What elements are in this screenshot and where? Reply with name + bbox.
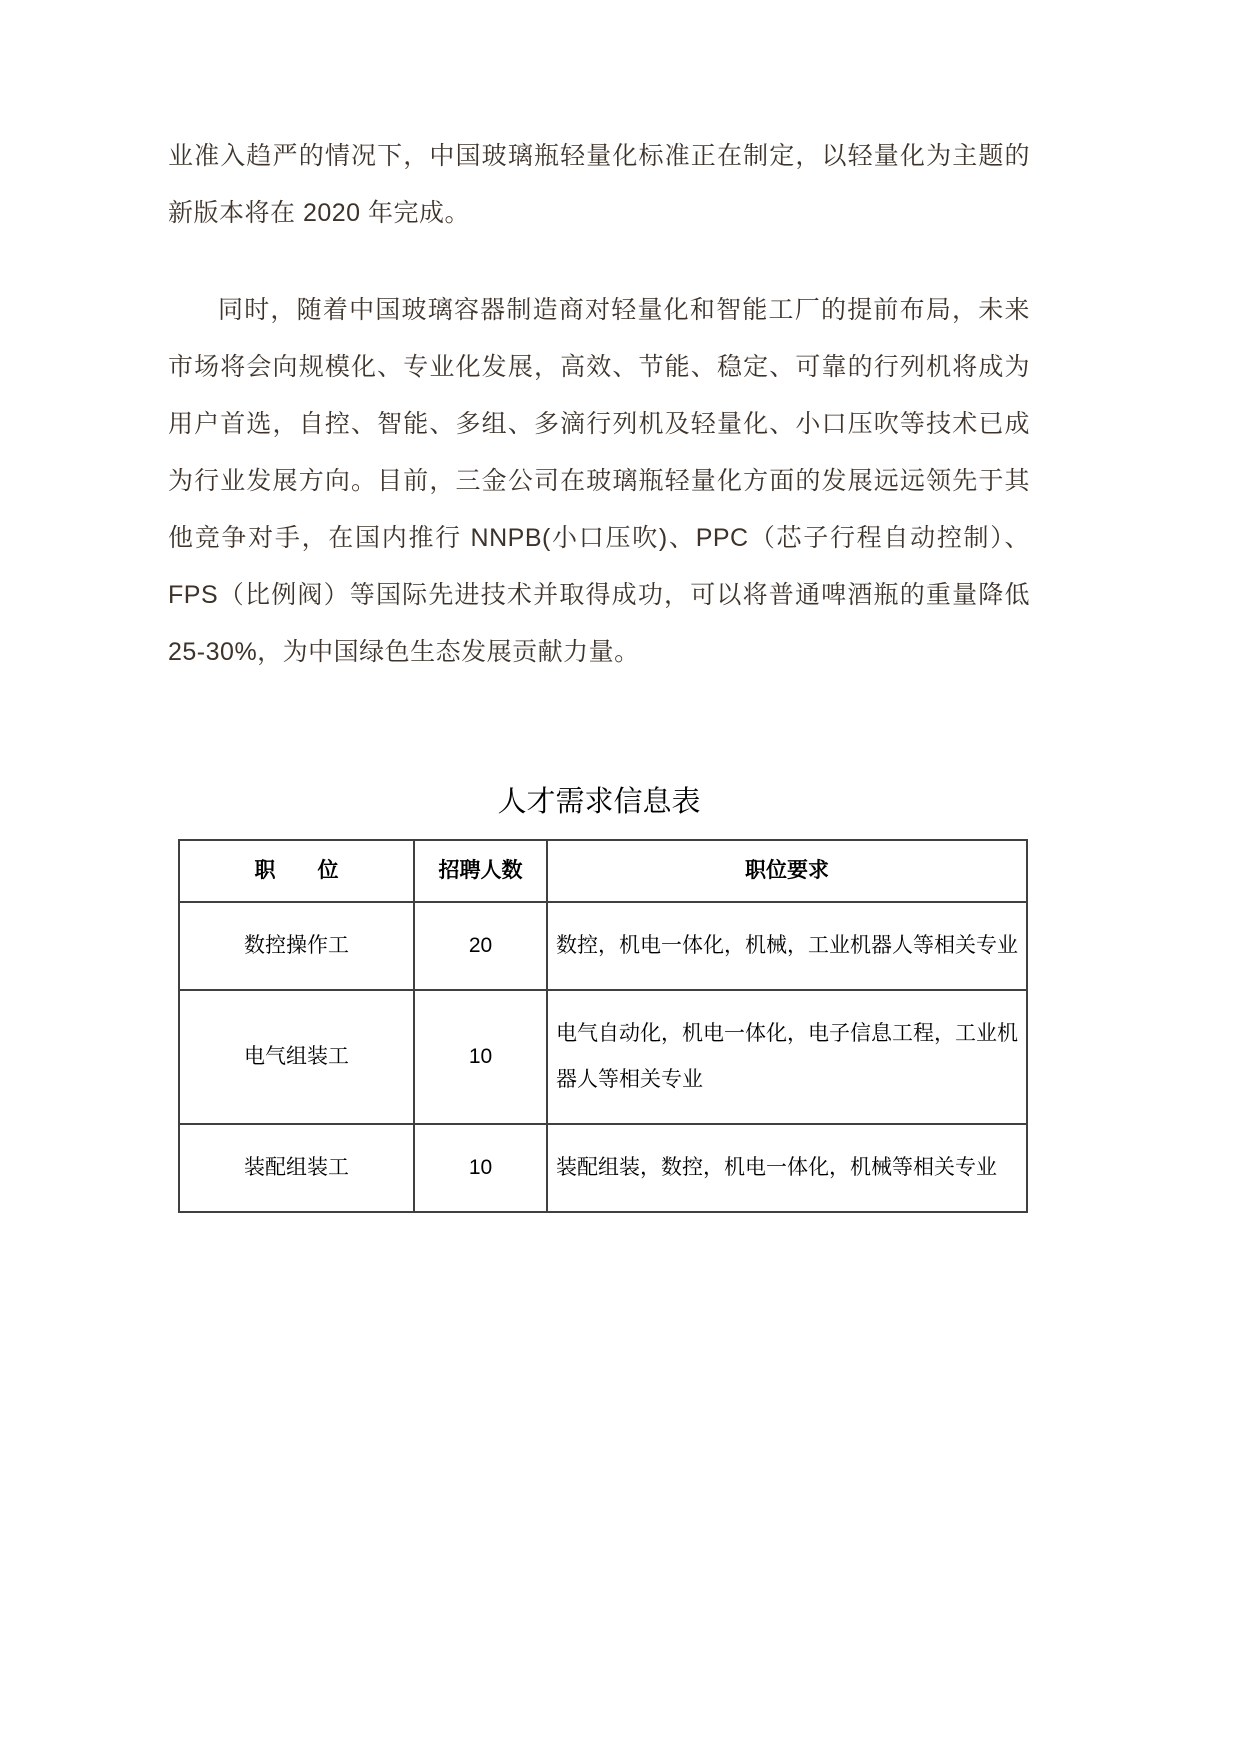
cell-count: 10 (414, 990, 547, 1124)
cell-requirements: 数控，机电一体化，机械，工业机器人等相关专业 (547, 902, 1027, 990)
cell-position: 数控操作工 (179, 902, 414, 990)
table-row: 电气组装工 10 电气自动化，机电一体化，电子信息工程，工业机器人等相关专业 (179, 990, 1027, 1124)
cell-requirements: 电气自动化，机电一体化，电子信息工程，工业机器人等相关专业 (547, 990, 1027, 1124)
header-requirements: 职位要求 (547, 840, 1027, 902)
header-position: 职 位 (179, 840, 414, 902)
cell-position: 电气组装工 (179, 990, 414, 1124)
paragraph-glass-standard: 业准入趋严的情况下，中国玻璃瓶轻量化标准正在制定，以轻量化为主题的新版本将在 2… (168, 128, 1030, 242)
cell-requirements: 装配组装，数控，机电一体化，机械等相关专业 (547, 1124, 1027, 1212)
table-row: 装配组装工 10 装配组装，数控，机电一体化，机械等相关专业 (179, 1124, 1027, 1212)
table-row: 数控操作工 20 数控，机电一体化，机械，工业机器人等相关专业 (179, 902, 1027, 990)
cell-count: 20 (414, 902, 547, 990)
cell-position: 装配组装工 (179, 1124, 414, 1212)
document-page: 业准入趋严的情况下，中国玻璃瓶轻量化标准正在制定，以轻量化为主题的新版本将在 2… (0, 0, 1240, 1754)
cell-count: 10 (414, 1124, 547, 1212)
recruitment-table: 职 位 招聘人数 职位要求 数控操作工 20 数控，机电一体化，机械，工业机器人… (178, 839, 1028, 1213)
paragraph-market-trend: 同时，随着中国玻璃容器制造商对轻量化和智能工厂的提前布局，未来市场将会向规模化、… (168, 282, 1030, 681)
document-content: 业准入趋严的情况下，中国玻璃瓶轻量化标准正在制定，以轻量化为主题的新版本将在 2… (0, 0, 1240, 1213)
header-count: 招聘人数 (414, 840, 547, 902)
table-title: 人才需求信息表 (168, 779, 1030, 825)
table-header-row: 职 位 招聘人数 职位要求 (179, 840, 1027, 902)
